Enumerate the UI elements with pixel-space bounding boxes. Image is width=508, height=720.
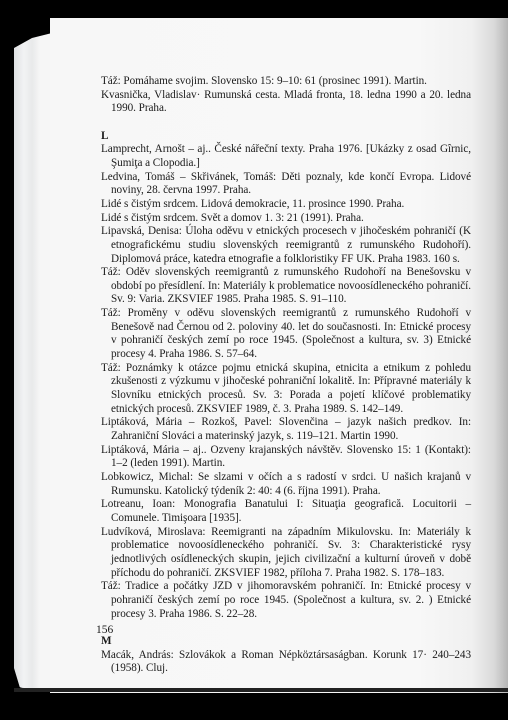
bibliography-entry: Kvasnička, Vladislav· Rumunská cesta. Ml… bbox=[101, 89, 471, 116]
bibliography-entry: Táž: Pomáhame svojim. Slovensko 15: 9–10… bbox=[101, 75, 471, 89]
bibliography-entry: Lipavská, Denisa: Úloha oděvu v etnickýc… bbox=[101, 225, 471, 266]
section-heading-m: M bbox=[101, 635, 471, 649]
bibliography-entry: Liptáková, Mária – aj.. Ozveny krajanský… bbox=[101, 444, 471, 471]
bibliography-entry: Lidé s čistým srdcem. Svět a domov 1. 3:… bbox=[101, 212, 471, 226]
bibliography-entry: Macák, András: Szlovákok a Roman Népközt… bbox=[101, 649, 471, 676]
bibliography-entry: Táž: Proměny v oděvu slovenských reemigr… bbox=[101, 307, 471, 362]
bibliography-entry: Táž: Tradice a počátky JZD v jihomoravsk… bbox=[101, 580, 471, 621]
bibliography-entry: Lidé s čistým srdcem. Lidová demokracie,… bbox=[101, 198, 471, 212]
page-bottom-shadow bbox=[14, 688, 508, 692]
bibliography-content: Táž: Pomáhame svojim. Slovensko 15: 9–10… bbox=[101, 75, 471, 676]
page-number: 156 bbox=[96, 624, 113, 636]
bibliography-entry: Lamprecht, Arnošt – aj.. České nářeční t… bbox=[101, 143, 471, 170]
bibliography-entry: Ledvina, Tomáš – Skřivánek, Tomáš: Děti … bbox=[101, 171, 471, 198]
bibliography-entry: Liptáková, Mária – Rozkoš, Pavel: Sloven… bbox=[101, 416, 471, 443]
bibliography-entry: Lotreanu, Ioan: Monografia Banatului I: … bbox=[101, 498, 471, 525]
bibliography-entry: Táž: Poznámky k otázce pojmu etnická sku… bbox=[101, 362, 471, 417]
bibliography-entry: Táž: Oděv slovenských reemigrantů z rumu… bbox=[101, 266, 471, 307]
bibliography-entry: Ludvíková, Miroslava: Reemigranti na záp… bbox=[101, 526, 471, 581]
section-heading-l: L bbox=[101, 130, 471, 144]
bibliography-entry: Lobkowicz, Michal: Se slzami v očích a s… bbox=[101, 471, 471, 498]
